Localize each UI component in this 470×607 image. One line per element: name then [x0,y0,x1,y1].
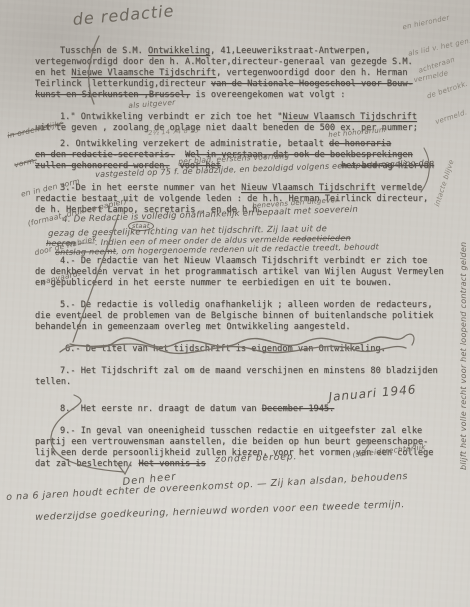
note-line: aanvaard. [40,255,141,288]
intro-text: Teirlinck ,letterkundig,directeur [35,79,211,89]
typed-line-intro-4: Teirlinck ,letterkundig,directeur van de… [35,79,413,90]
typed-line-s7-1: 7.- Het Tijdschrift zal om de maand vers… [60,366,438,377]
note-line: en hieronder [402,10,467,32]
handwritten-right-diagonal-note: intacte blijve [433,159,456,208]
struck-word: heeren [46,238,76,248]
underlined-tijdschrift: Nieuw Vlaamsch Tijdschrift [282,112,417,122]
handwritten-pencil-numbers: 2½ 14 74 8 13 [148,126,199,137]
section9-text: dat zal beslechten. [35,459,138,469]
section6-scribble-tail [404,334,414,345]
struck-text: de honoraria [329,139,391,149]
handwritten-bottom-line1: o na 6 jaren houdt echter de overeenkoms… [6,471,408,503]
struck-word: ontslag neemt [55,247,116,257]
scanned-document-page: Tusschen de S.M. Ontwikkeling, 41,Leeuwe… [0,0,470,607]
intro-text: vertegenwoordigd door den h. A.Molter,di… [35,57,413,67]
intro-text: is overeengekomen wat volgt : [190,90,345,100]
typed-line-intro-2: vertegenwoordigd door den h. A.Molter,di… [35,57,413,68]
section5-text: die eventueel de problemen van de Belgis… [35,311,433,321]
intro-text: en het [35,68,71,78]
typed-line-s8: 8.- Het eerste nr. draagt de datum van D… [60,404,334,415]
section8-text: 8.- Het eerste nr. draagt de datum van [60,404,262,414]
note-line-struck: vorm, [13,138,114,171]
section5-text: 5.- De redactie is volledig onafhankelij… [60,300,433,310]
typed-line-intro-1: Tusschen de S.M. Ontwikkeling, 41,Leeuwe… [60,46,370,57]
typed-line-s1-1: 1." Ontwikkeling verbindt er zich toe he… [60,112,417,123]
typed-line-s6-scribbled: 6.- De titel van het tijdschrift is eige… [65,344,386,355]
typed-line-s9-2: partij een vertrouwensman aanstellen, di… [35,437,428,448]
section7-text: 7.- Het Tijdschrift zal om de maand vers… [60,366,438,376]
section6-text: 6.- De titel van het tijdschrift is eige… [65,344,386,354]
typed-line-s7-2: tellen. [35,377,71,388]
handwritten-bottom-line2: wederzijdse goedkeuring, hernieuwd worde… [35,499,405,523]
typed-line-s9-4: dat zal beslechten. Het vonnis is [35,459,206,470]
typed-line-s5-2: die eventueel de problemen van de Belgis… [35,311,433,322]
struck-date: December 1945. [262,404,334,414]
handwritten-als-uitgever: als uitgever [128,98,176,110]
handwritten-januari-1946: Januari 1946 [328,382,417,404]
struck-text: Het vonnis is [138,459,205,469]
handwritten-zonder-beroep: zonder beroep. [215,452,298,465]
note-line-struck: in ordentelijke [6,109,107,142]
intro-text: , 41,Leeuwerikstraat-Antwerpen, [210,46,370,56]
section5-text: behandelen in gemeenzaam overleg met Ont… [35,322,351,332]
handwritten-title: de redactie [72,1,175,29]
underlined-tijdschrift: Nieuwe Vlaamsche Tijdschrift [71,68,216,78]
section9-text: partij een vertrouwensman aanstellen, di… [35,437,428,447]
section3-text: vermelde [376,183,423,193]
section9-text: 9.- In geval van oneenigheid tusschen re… [60,426,422,436]
underlined-tijdschrift: Nieuw Vlaamsch Tijdschrift [241,183,376,193]
typed-line-s5-1: 5.- De redactie is volledig onafhankelij… [60,300,433,311]
underlined-ontwikkeling: Ontwikkeling [148,46,210,56]
struck-text: van de Nationale Hoogeschool voor Bouw- [211,79,413,89]
section7-text: tellen. [35,377,71,387]
typed-line-s5-3: behandelen in gemeenzaam overleg met Ont… [35,322,351,333]
handwritten-right-vertical-note: blijft het volle recht voor het loopend … [459,150,468,470]
typed-line-s9-1: 9.- In geval van oneenigheid tusschen re… [60,426,422,437]
note-line: vermeld. [434,105,470,127]
note-line: de betrokk. [426,80,469,102]
note-line: achteraan [418,54,461,76]
typed-line-intro-3: en het Nieuwe Vlaamsche Tijdschrift, ver… [35,68,408,79]
intro-text: , vertegenwoordigd door den h. Herman [216,68,407,78]
intro-text: Tusschen de S.M. [60,46,148,56]
